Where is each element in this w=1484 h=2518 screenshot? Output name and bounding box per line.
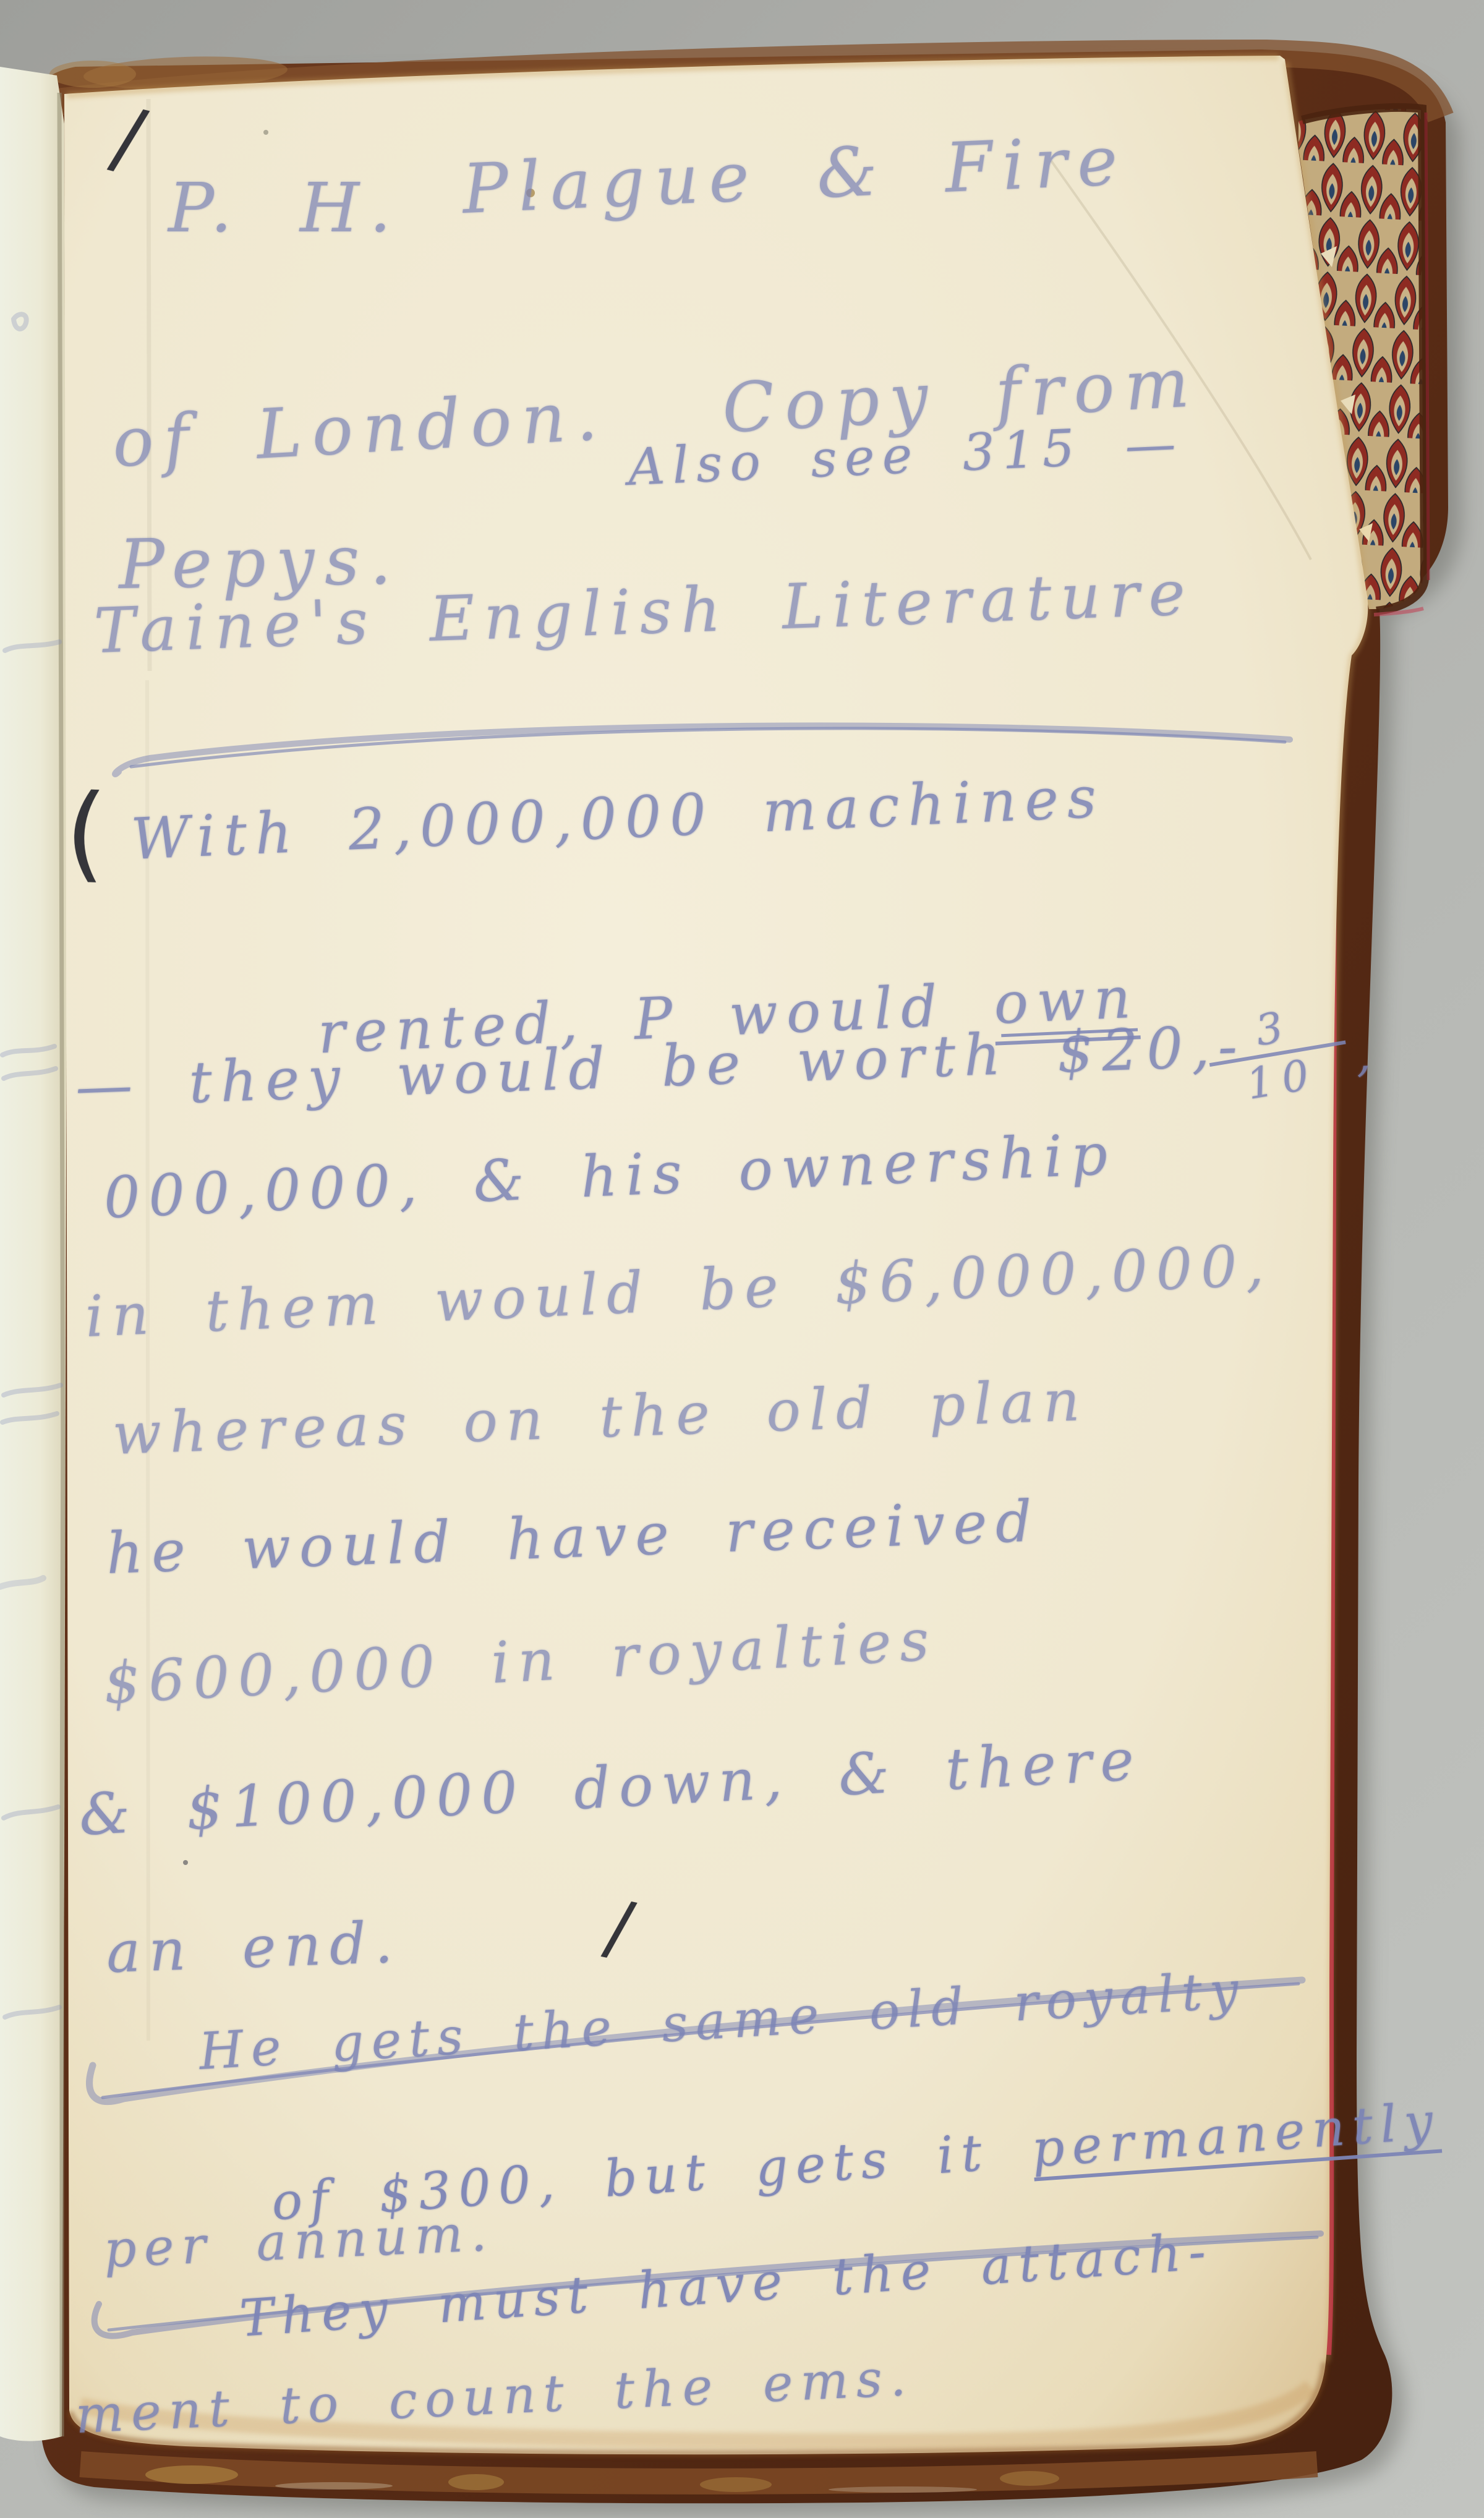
leather-wear-patch: [145, 2465, 238, 2484]
leather-gloss: [275, 2482, 393, 2490]
leather-gloss: [829, 2486, 977, 2493]
ink-open-paren: (: [64, 780, 108, 885]
page-stain: [263, 130, 268, 135]
leather-wear-patch: [1000, 2471, 1059, 2486]
machines-line-10: an end.: [105, 1906, 402, 1988]
royalty-underlined-permanently: permanently: [1030, 2091, 1442, 2183]
facing-page-sliver: [0, 67, 67, 2441]
leather-wear-patch: [448, 2474, 504, 2490]
fraction-numerator: 3: [1253, 1007, 1295, 1054]
heading-line-1-left: P. H.: [168, 166, 401, 251]
fraction-tail-comma: ,: [1355, 1029, 1380, 1083]
leather-scuff: [49, 61, 136, 88]
leather-wear-patch: [700, 2477, 772, 2492]
notebook-photograph: / P. H. Plague & Fire of London. Copy fr…: [0, 0, 1484, 2518]
page-stain: [183, 1860, 188, 1865]
